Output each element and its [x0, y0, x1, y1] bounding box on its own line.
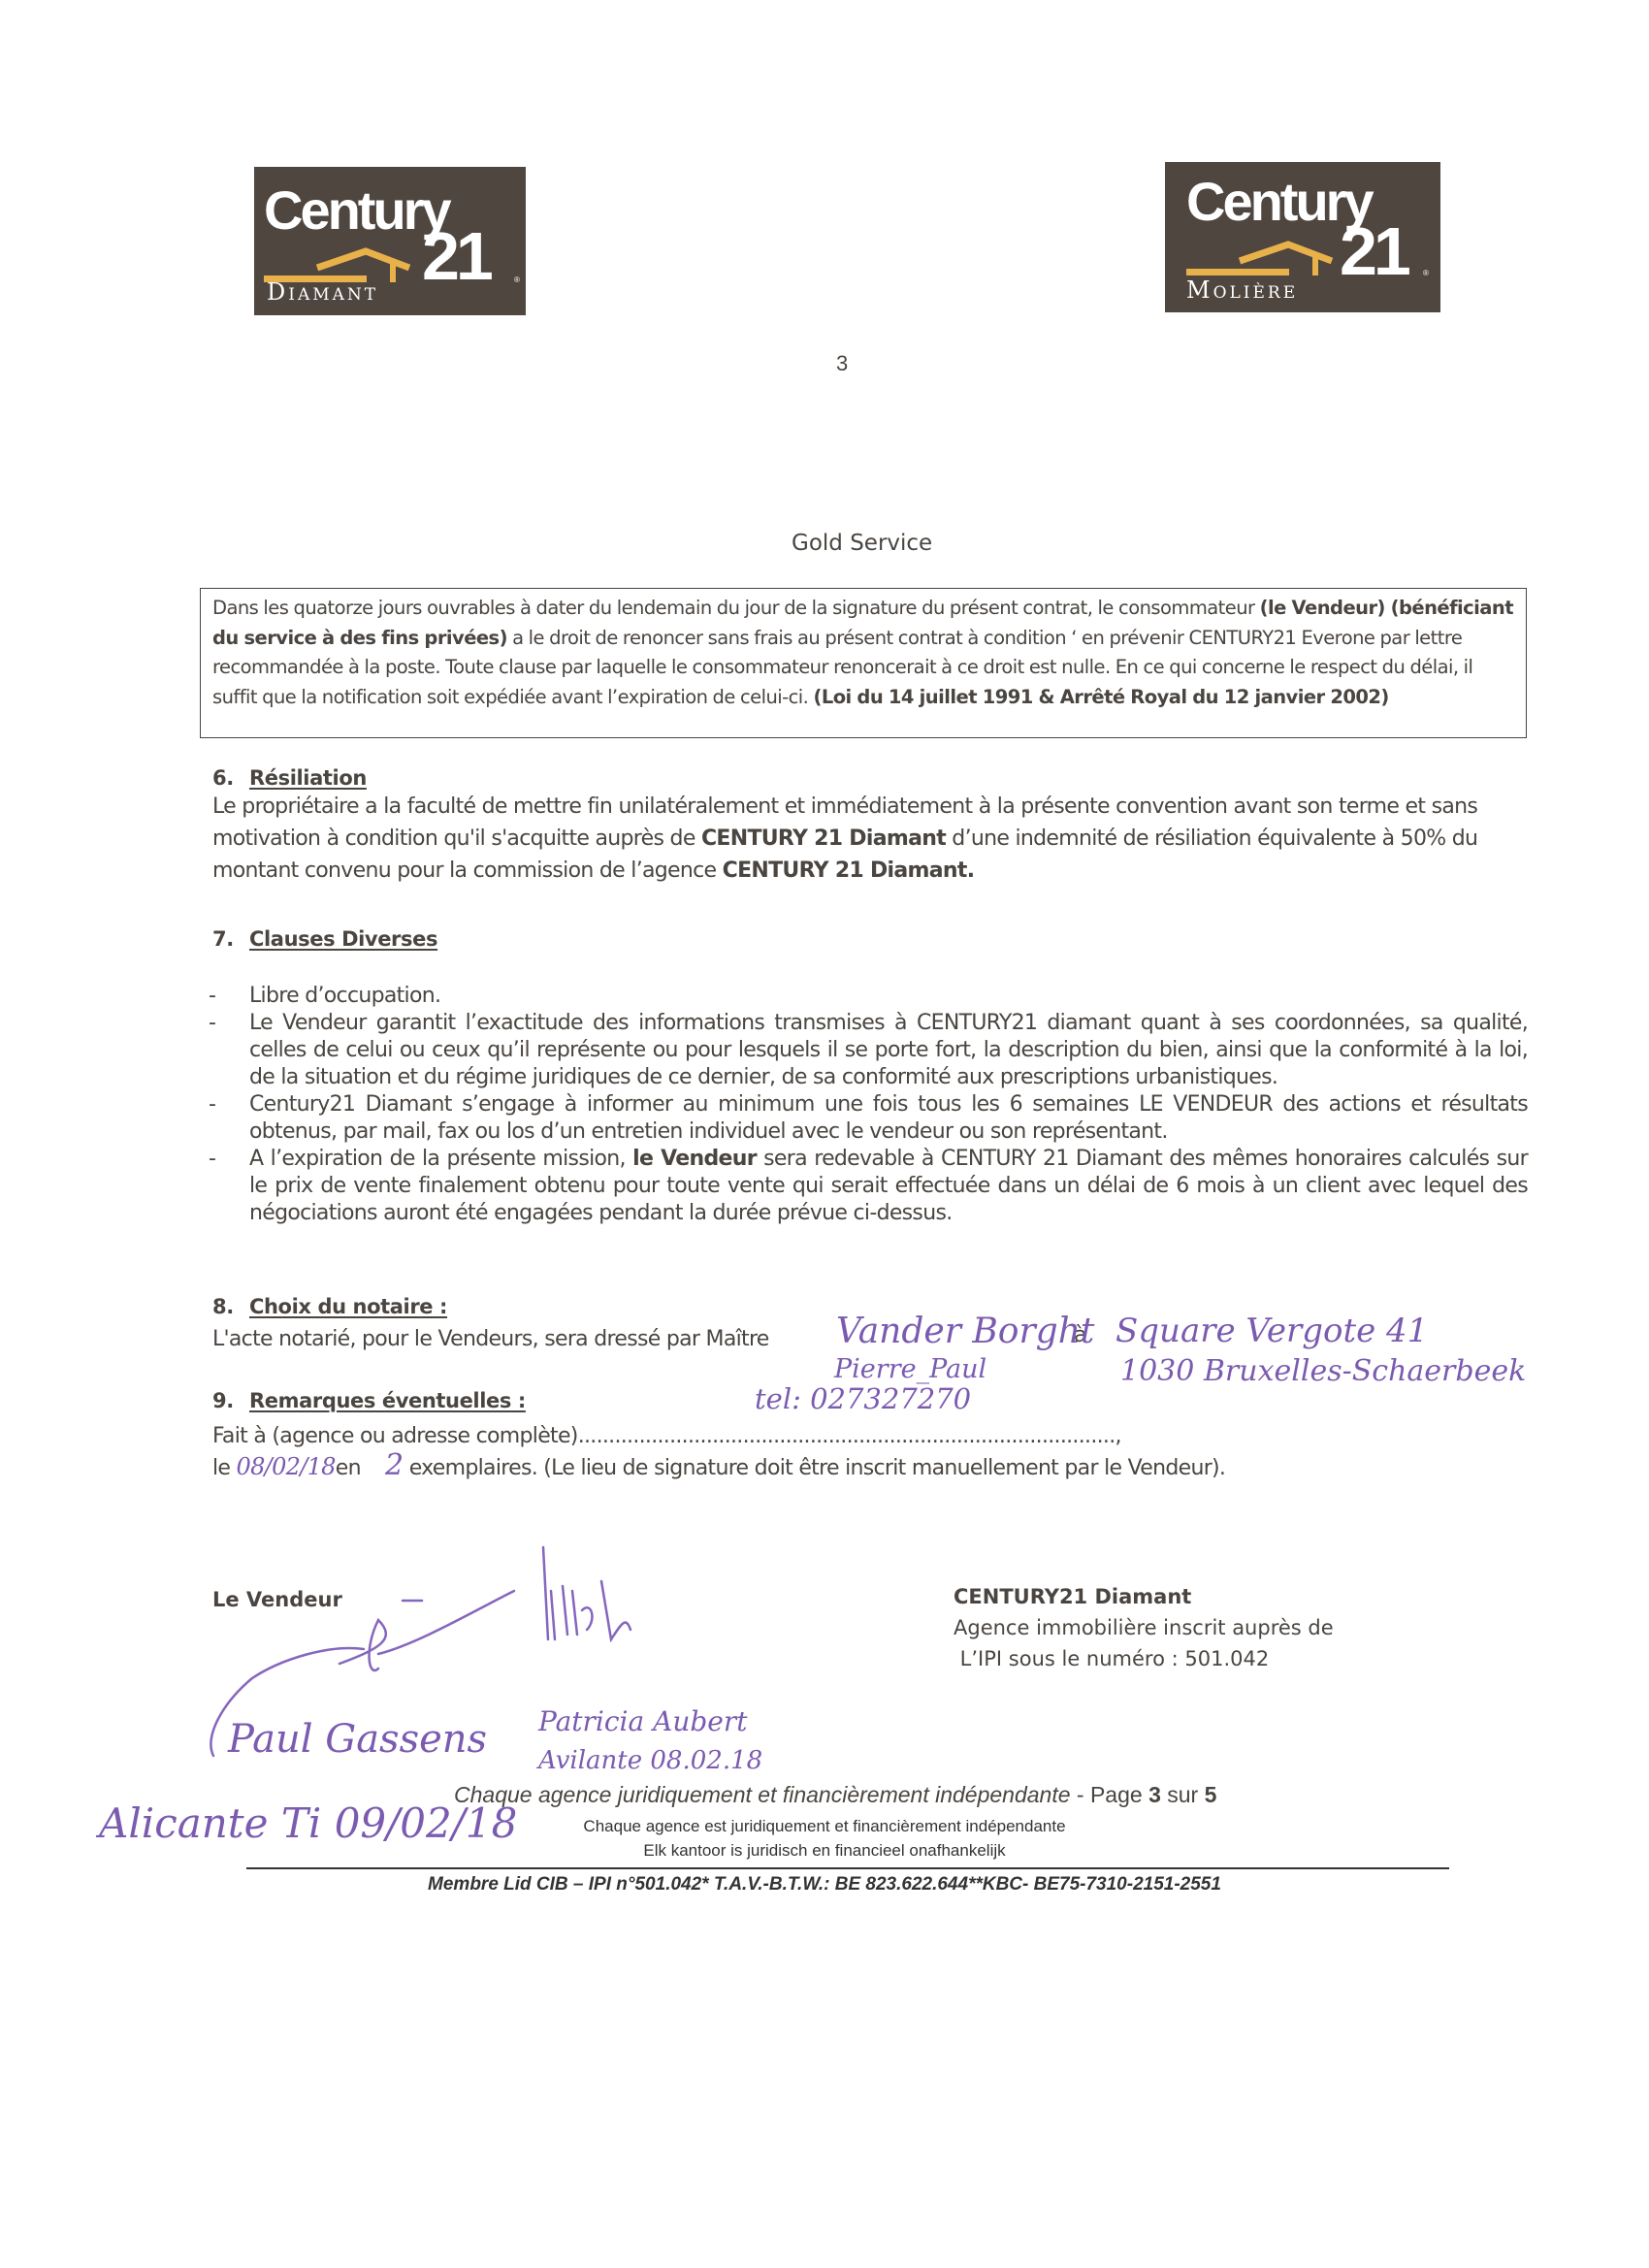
document-title: Gold Service	[792, 531, 932, 556]
section-title: Remarques éventuelles :	[249, 1389, 526, 1412]
list-item-text: Libre d’occupation.	[249, 984, 440, 1008]
section-title: Résiliation	[249, 766, 367, 790]
fait-a-line: Fait à (agence ou adresse complète).....…	[212, 1420, 1121, 1452]
clauses-list: - Libre d’occupation. -Le Vendeur garant…	[209, 983, 1528, 1227]
page-number: 3	[836, 351, 848, 376]
section-number: 8.	[212, 1295, 249, 1318]
agency-name-bold: CENTURY 21 Diamant.	[723, 859, 975, 883]
list-item: -Century21 Diamant s’engage à informer a…	[209, 1091, 1528, 1146]
notice-law-reference: (Loi du 14 juillet 1991 & Arrêté Royal d…	[813, 686, 1388, 708]
handwritten-signer-name: Paul Gassens	[228, 1717, 487, 1762]
list-item-bold: le Vendeur	[632, 1147, 757, 1171]
handwritten-signer-name: Patricia Aubert	[538, 1705, 747, 1737]
section-7-heading: 7.Clauses Diverses	[212, 927, 437, 951]
footer-italic-text: Chaque agence juridiquement et financièr…	[454, 1782, 1071, 1807]
registered-mark-icon: ®	[514, 275, 520, 284]
logo-agency-name: Diamant	[267, 278, 378, 306]
section-6-body: Le propriétaire a la faculté de mettre f…	[212, 791, 1522, 887]
notice-text: Dans les quatorze jours ouvrables à date…	[212, 597, 1260, 619]
house-roof-icon	[1186, 240, 1351, 278]
handwritten-copies: 2	[385, 1448, 403, 1482]
en-label: en	[336, 1456, 361, 1480]
le-label: le	[212, 1456, 230, 1480]
footer-line-nl: Elk kantoor is juridisch en financieel o…	[0, 1841, 1649, 1861]
logo-brand-text: Century	[264, 178, 449, 242]
agency-block: CENTURY21 Diamant Agence immobilière ins…	[954, 1581, 1334, 1674]
agency-name-bold: CENTURY 21 Diamant	[701, 826, 946, 851]
handwritten-date: 08/02/18	[237, 1453, 336, 1480]
footer-page-line: Chaque agence juridiquement et financièr…	[454, 1782, 1216, 1808]
century21-moliere-logo: Century 21 ® Molière	[1165, 162, 1440, 312]
footer-line-fr: Chaque agence est juridiquement et finan…	[0, 1817, 1649, 1836]
list-item-text: Century21 Diamant s’engage à informer au…	[249, 1092, 1528, 1144]
logo-number: 21	[422, 217, 490, 295]
section-9-heading: 9.Remarques éventuelles :	[212, 1389, 526, 1412]
section-8-heading: 8.Choix du notaire :	[212, 1295, 447, 1318]
handwritten-place-date: Avilante 08.02.18	[538, 1746, 762, 1775]
agency-title: CENTURY21 Diamant	[954, 1581, 1334, 1612]
page-total: 5	[1205, 1782, 1217, 1807]
century21-diamant-logo: Century 21 ® Diamant	[254, 167, 526, 315]
page-current: 3	[1148, 1782, 1161, 1807]
list-item: - Libre d’occupation.	[209, 983, 1528, 1010]
page-label: - Page	[1071, 1782, 1149, 1807]
handwritten-notary-firstname: Pierre_Paul	[834, 1354, 986, 1384]
logo-agency-name: Molière	[1186, 276, 1298, 304]
copies-text: exemplaires. (Le lieu de signature doit …	[409, 1456, 1226, 1480]
withdrawal-notice-box: Dans les quatorze jours ouvrables à date…	[200, 588, 1527, 738]
list-item-text: Le Vendeur garantit l’exactitude des inf…	[249, 1011, 1528, 1089]
footer-membership-line: Membre Lid CIB – IPI n°501.042* T.A.V.-B…	[0, 1874, 1649, 1895]
footer-divider	[246, 1867, 1449, 1869]
handwritten-notary-address-1: Square Vergote 41	[1115, 1312, 1428, 1350]
section-number: 7.	[212, 927, 249, 951]
logo-number: 21	[1340, 212, 1407, 290]
list-item: -A l’expiration de la présente mission, …	[209, 1146, 1528, 1227]
section-number: 9.	[212, 1389, 249, 1412]
agency-line: L’IPI sous le numéro : 501.042	[954, 1643, 1334, 1674]
notary-line: L'acte notarié, pour le Vendeurs, sera d…	[212, 1323, 769, 1355]
section-title: Clauses Diverses	[249, 927, 437, 951]
handwritten-notary-phone: tel: 027327270	[755, 1382, 971, 1415]
list-item-text: A l’expiration de la présente mission,	[249, 1147, 632, 1171]
section-6-heading: 6.Résiliation	[212, 766, 367, 790]
list-item: -Le Vendeur garantit l’exactitude des in…	[209, 1010, 1528, 1091]
section-number: 6.	[212, 766, 249, 790]
page-sep: sur	[1161, 1782, 1205, 1807]
handwritten-notary-address-2: 1030 Bruxelles-Schaerbeek	[1120, 1354, 1526, 1388]
handwritten-notary-name: Vander Borght	[836, 1312, 1094, 1351]
section-title: Choix du notaire :	[249, 1295, 447, 1318]
date-copies-line: le 08/02/18en 2 exemplaires. (Le lieu de…	[212, 1449, 1225, 1484]
agency-line: Agence immobilière inscrit auprès de	[954, 1612, 1334, 1643]
registered-mark-icon: ®	[1423, 269, 1429, 277]
